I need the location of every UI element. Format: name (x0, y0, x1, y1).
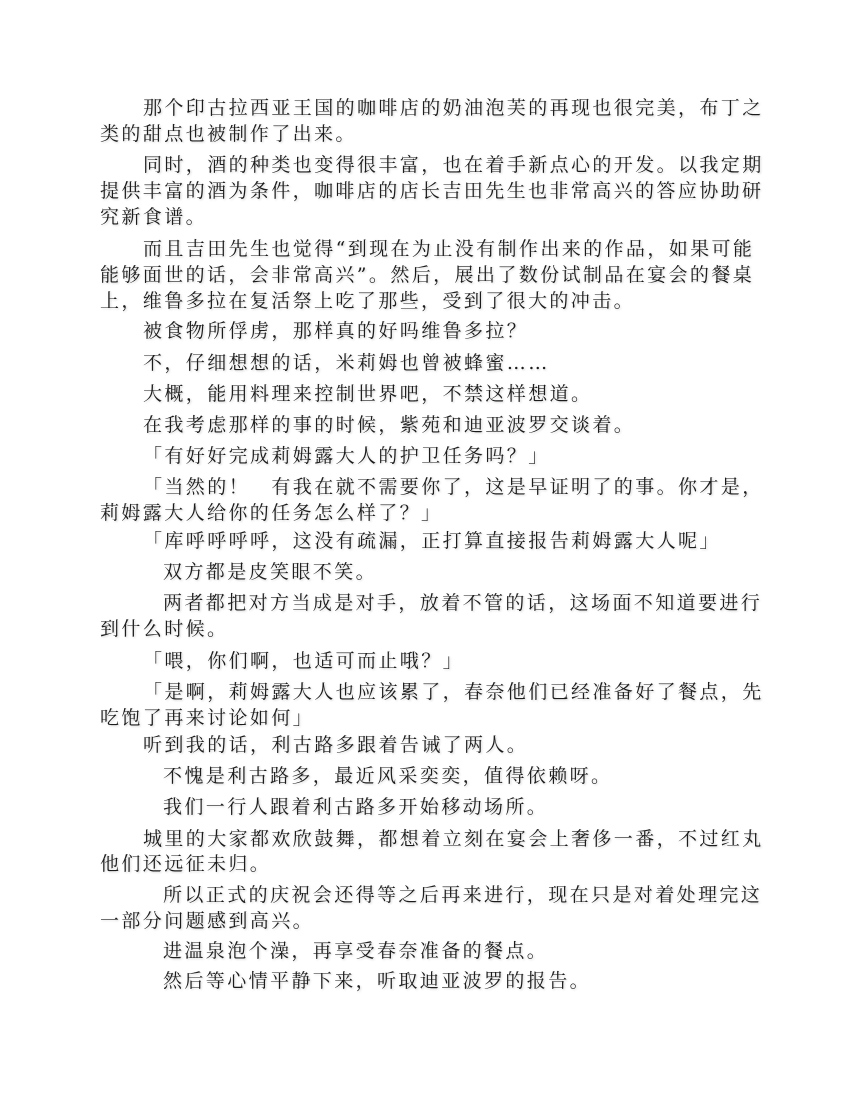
text-line: 那个印古拉西亚王国的咖啡店的奶油泡芙的再现也很完美，布丁之 (143, 95, 764, 121)
dialogue-line: 「库呼呼呼呼，这没有疏漏，正打算直接报告莉姆露大人呢」 (143, 528, 721, 554)
text-line: 不，仔细想想的话，米莉姆也曾被蜂蜜…… (143, 350, 550, 376)
dialogue-line: 吃饱了再来讨论如何」 (100, 705, 314, 731)
text-line: 两者都把对方当成是对手，放着不管的话，这场面不知道要进行 (163, 590, 762, 616)
dialogue-line: 「喂，你们啊，也适可而止哦？」 (143, 648, 464, 674)
text-line: 进温泉泡个澡，再享受春奈准备的餐点。 (163, 938, 548, 964)
text-line: 城里的大家都欢欣鼓舞，都想着立刻在宴会上奢侈一番，不过红丸 (143, 826, 764, 852)
text-line: 在我考虑那样的事的时候，紫苑和迪亚波罗交谈着。 (143, 412, 635, 438)
text-line: 同时，酒的种类也变得很丰富，也在着手新点心的开发。以我定期 (143, 152, 764, 178)
text-line: 我们一行人跟着利古路多开始移动场所。 (163, 794, 548, 820)
text-line: 而且吉田先生也觉得“到现在为止没有制作出来的作品，如果可能 (143, 236, 754, 262)
text-line: 能够面世的话，会非常高兴”。然后，展出了数份试制品在宴会的餐桌 (100, 262, 754, 288)
text-line: 被食物所俘虏，那样真的好吗维鲁多拉？ (143, 318, 528, 344)
text-line: 类的甜点也被制作了出来。 (100, 121, 357, 147)
dialogue-line: 「有好好完成莉姆露大人的护卫任务吗？」 (143, 443, 550, 469)
text-line: 不愧是利古路多，最近风采奕奕，值得依赖呀。 (163, 763, 612, 789)
text-line: 究新食谱。 (100, 204, 207, 230)
text-line: 他们还远征未归。 (100, 851, 271, 877)
text-line: 大概，能用料理来控制世界吧，不禁这样想道。 (143, 381, 592, 407)
text-line: 提供丰富的酒为条件，咖啡店的店长吉田先生也非常高兴的答应协助研 (100, 178, 763, 204)
dialogue-line: 莉姆露大人给你的任务怎么样了？」 (100, 500, 442, 526)
dialogue-line: 「是啊，莉姆露大人也应该累了，春奈他们已经准备好了餐点，先 (143, 679, 764, 705)
text-line: 到什么时候。 (100, 616, 228, 642)
text-line: 然后等心情平静下来，听取迪亚波罗的报告。 (163, 968, 591, 994)
text-line: 听到我的话，利古路多跟着告诫了两人。 (143, 732, 528, 758)
document-page: 那个印古拉西亚王国的咖啡店的奶油泡芙的再现也很完美，布丁之 类的甜点也被制作了出… (0, 0, 850, 1100)
text-line: 一部分问题感到高兴。 (100, 908, 314, 934)
dialogue-line: 「当然的！ 有我在就不需要你了，这是早证明了的事。你才是， (143, 474, 764, 500)
text-line: 所以正式的庆祝会还得等之后再来进行，现在只是对着处理完这 (163, 882, 762, 908)
text-line: 双方都是皮笑眼不笑。 (163, 559, 377, 585)
text-line: 上，维鲁多拉在复活祭上吃了那些，受到了很大的冲击。 (100, 288, 635, 314)
